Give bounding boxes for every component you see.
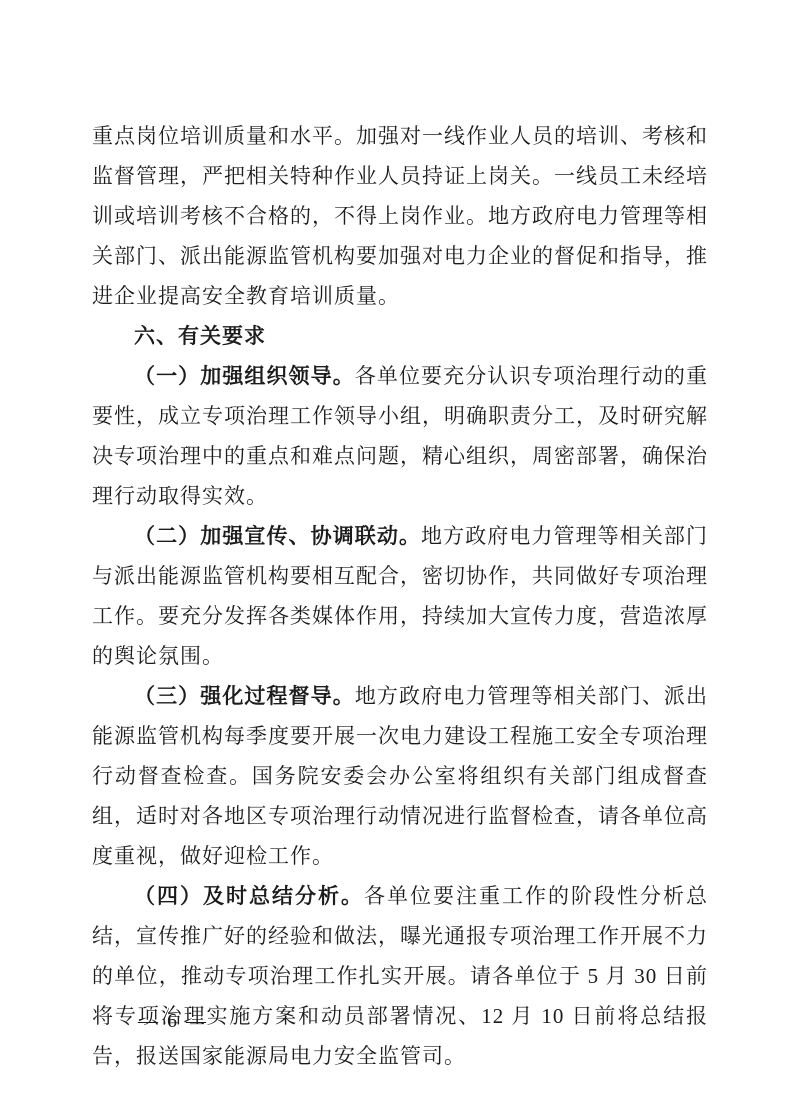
list-item-1: （一）加强组织领导。各单位要充分认识专项治理行动的重要性，成立专项治理工作领导小… [92, 356, 708, 516]
item-3-body: 地方政府电力管理等相关部门、派出能源监管机构每季度要开展一次电力建设工程施工安全… [92, 684, 708, 868]
item-4-body: 各单位要注重工作的阶段性分析总结，宣传推广好的经验和做法，曝光通报专项治理工作开… [92, 884, 708, 1068]
item-1-lead: （一）加强组织领导。 [134, 364, 355, 388]
content-area: 重点岗位培训质量和水平。加强对一线作业人员的培训、考核和监督管理，严把相关特种作… [92, 116, 708, 1076]
page-number: — 6 — [138, 1010, 208, 1033]
item-3-lead: （三）强化过程督导。 [134, 684, 355, 708]
item-2-lead: （二）加强宣传、协调联动。 [134, 524, 421, 548]
list-item-3: （三）强化过程督导。地方政府电力管理等相关部门、派出能源监管机构每季度要开展一次… [92, 676, 708, 876]
section-heading: 六、有关要求 [92, 316, 708, 356]
paragraph-continuation: 重点岗位培训质量和水平。加强对一线作业人员的培训、考核和监督管理，严把相关特种作… [92, 116, 708, 316]
document-page: 重点岗位培训质量和水平。加强对一线作业人员的培训、考核和监督管理，严把相关特种作… [0, 0, 794, 1119]
list-item-4: （四）及时总结分析。各单位要注重工作的阶段性分析总结，宣传推广好的经验和做法，曝… [92, 876, 708, 1076]
item-4-lead: （四）及时总结分析。 [134, 884, 364, 908]
list-item-2: （二）加强宣传、协调联动。地方政府电力管理等相关部门与派出能源监管机构要相互配合… [92, 516, 708, 676]
